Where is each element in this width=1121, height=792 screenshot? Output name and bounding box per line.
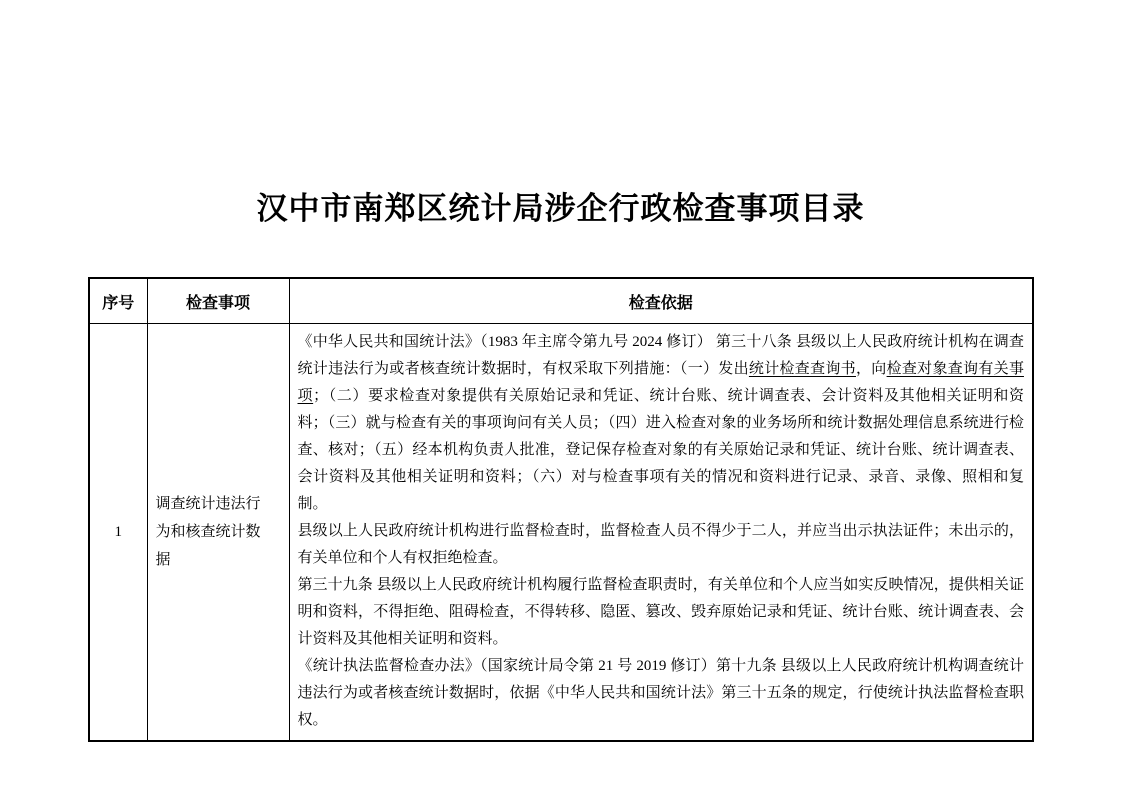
underlined-text: 统计检查查询书 — [749, 361, 856, 377]
plain-text: ，向 — [856, 361, 887, 377]
table-row: 1 调查统计违法行为和核查统计数据 《中华人民共和国统计法》（1983 年主席令… — [89, 324, 1033, 742]
basis-paragraph: 《统计执法监督检查办法》（国家统计局令第 21 号 2019 修订）第十九条 县… — [298, 653, 1025, 734]
plain-text: 《统计执法监督检查办法》（国家统计局令第 21 号 2019 修订）第十九条 县… — [298, 658, 1025, 728]
document-page: 汉中市南郑区统计局涉企行政检查事项目录 序号 检查事项 检查依据 1 调查统计违… — [0, 0, 1121, 792]
column-header-serial-number: 序号 — [89, 278, 147, 324]
table-header-row: 序号 检查事项 检查依据 — [89, 278, 1033, 324]
plain-text: 县级以上人民政府统计机构进行监督检查时，监督检查人员不得少于二人，并应当出示执法… — [298, 523, 1025, 566]
basis-cell: 《中华人民共和国统计法》（1983 年主席令第九号 2024 修订） 第三十八条… — [289, 324, 1033, 742]
plain-text: 第三十九条 县级以上人民政府统计机构履行监督检查职责时，有关单位和个人应当如实反… — [298, 577, 1025, 647]
serial-number-cell: 1 — [89, 324, 147, 742]
page-title: 汉中市南郑区统计局涉企行政检查事项目录 — [0, 0, 1121, 228]
basis-paragraph: 第三十九条 县级以上人民政府统计机构履行监督检查职责时，有关单位和个人应当如实反… — [298, 572, 1025, 653]
basis-paragraph: 《中华人民共和国统计法》（1983 年主席令第九号 2024 修订） 第三十八条… — [298, 329, 1025, 518]
basis-paragraph: 县级以上人民政府统计机构进行监督检查时，监督检查人员不得少于二人，并应当出示执法… — [298, 518, 1025, 572]
inspection-item-cell: 调查统计违法行为和核查统计数据 — [147, 324, 289, 742]
plain-text: ；（二）要求检查对象提供有关原始记录和凭证、统计台账、统计调查表、会计资料及其他… — [298, 388, 1025, 512]
column-header-inspection-basis: 检查依据 — [289, 278, 1033, 324]
column-header-inspection-item: 检查事项 — [147, 278, 289, 324]
inspection-catalog-table: 序号 检查事项 检查依据 1 调查统计违法行为和核查统计数据 《中华人民共和国统… — [88, 277, 1034, 742]
